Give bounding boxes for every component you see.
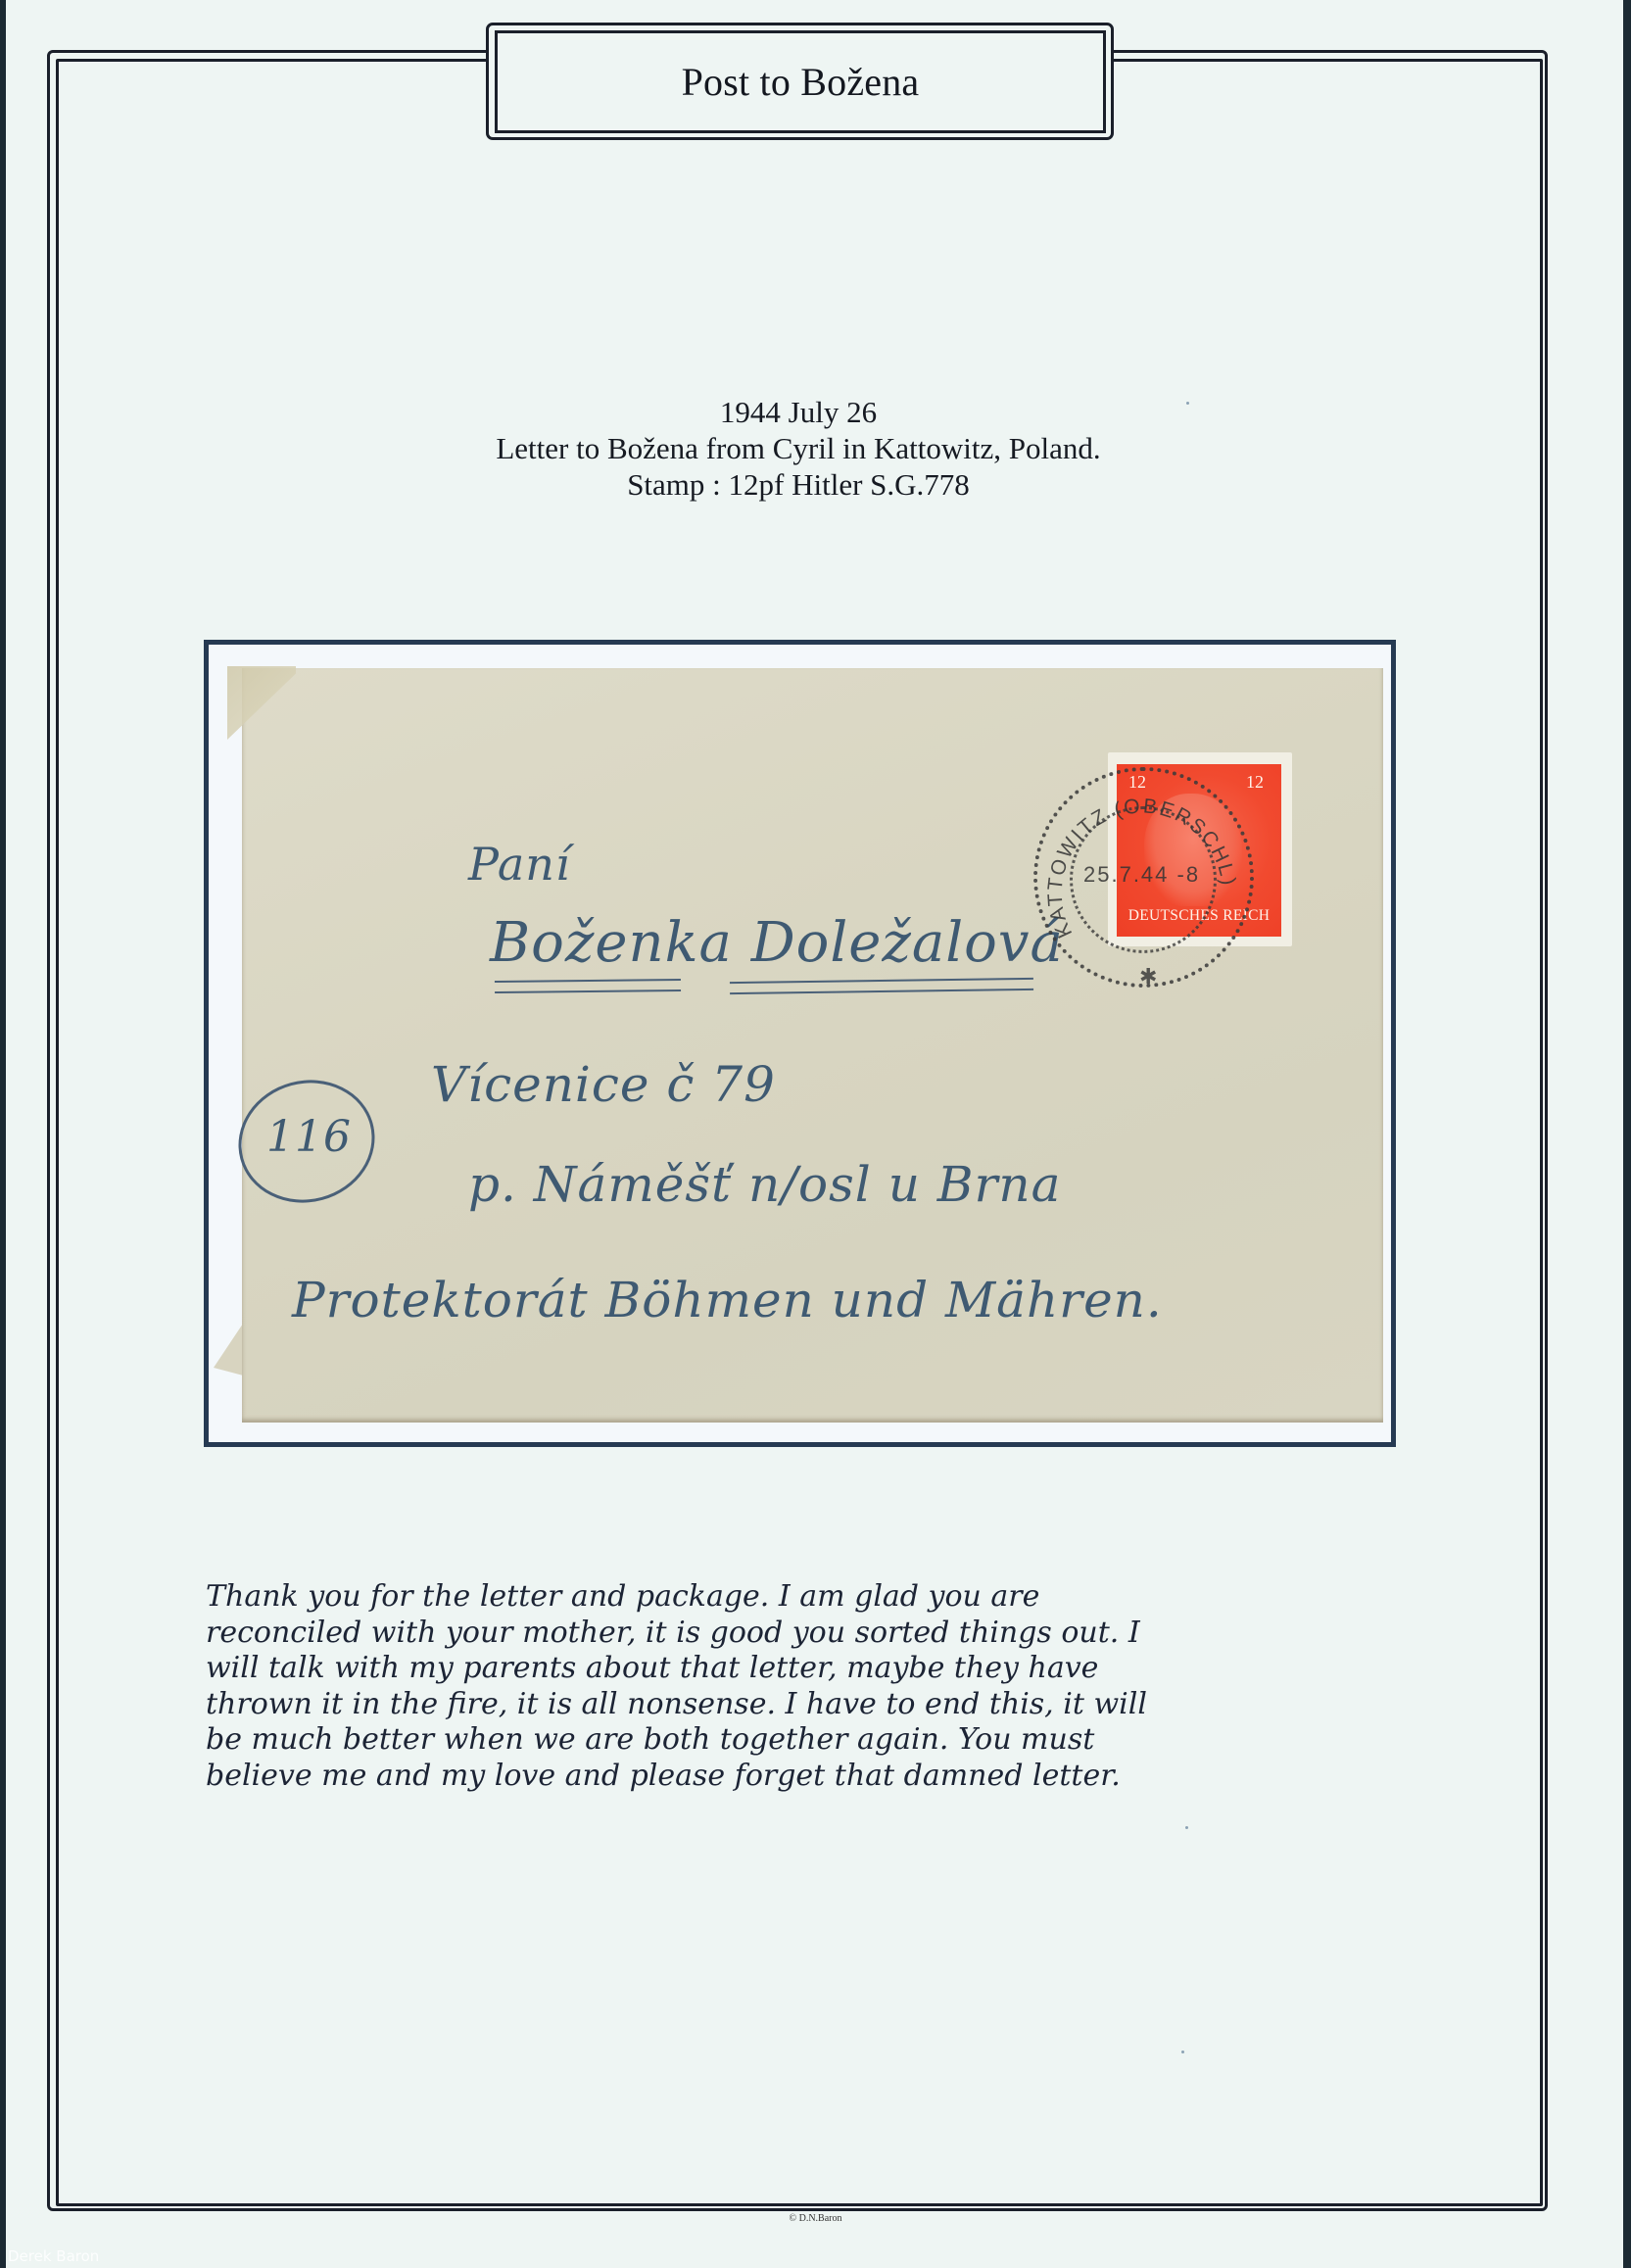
watermark: Derek Baron [8,2247,99,2265]
letter-translation: Thank you for the letter and package. I … [206,1579,1479,1794]
letter-line: be much better when we are both together… [206,1722,1479,1759]
speck [1185,1826,1188,1829]
recipient-underline [495,979,681,993]
handwritten-address-line-1: Vícenice č 79 [431,1056,776,1113]
circled-number: 116 [266,1112,352,1162]
title-box-inner: Post to Božena [495,30,1106,133]
letter-line: Thank you for the letter and package. I … [206,1579,1479,1616]
letter-line: believe me and my love and please forget… [206,1759,1479,1795]
speck [1181,2051,1184,2053]
scan-edge-right [1623,0,1631,2268]
handwritten-address-line-3: Protektorát Böhmen und Mähren. [292,1272,1163,1328]
scan-edge-left [0,0,6,2268]
letter-line: will talk with my parents about that let… [206,1651,1479,1687]
copyright: © D.N.Baron [0,2213,1631,2224]
handwritten-recipient: Boženka Doležalová [490,911,1064,975]
letter-line: reconciled with your mother, it is good … [206,1616,1479,1652]
caption-description: Letter to Božena from Cyril in Kattowitz… [294,430,1303,466]
postmark-date: 25.7.44 -8 [1083,862,1200,888]
caption: 1944 July 26 Letter to Božena from Cyril… [294,394,1303,503]
letter-line: thrown it in the fire, it is all nonsens… [206,1687,1479,1723]
handwritten-salutation: Paní [468,838,571,891]
speck [1186,402,1189,405]
postmark-star-icon: ✱ [1139,965,1157,989]
handwritten-address-line-2: p. Náměšť n/osl u Brna [468,1156,1061,1213]
caption-date: 1944 July 26 [294,394,1303,430]
page-title: Post to Božena [682,59,920,105]
caption-stamp: Stamp : 12pf Hitler S.G.778 [294,466,1303,503]
